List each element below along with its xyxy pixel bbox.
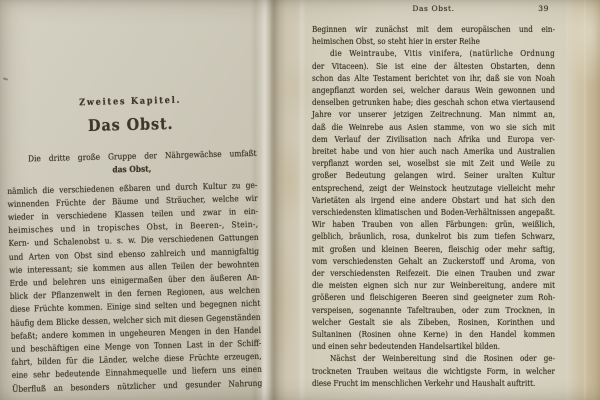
text-line: Das Obst. [5, 113, 256, 136]
text-line: verpflanzt worden sei, woselbst sie mit … [312, 158, 555, 170]
text-line: diese Frucht im menschlichen Verkehr und… [312, 378, 555, 390]
text-line: die Weintraube, Vitis vinifera, (natürli… [312, 48, 555, 60]
text-line: trockneten Trauben weitaus die wichtigst… [312, 366, 555, 378]
text-line: schon das Alte Testament berichtet von i… [312, 73, 555, 85]
text-line: Jahre vor unserer jetzigen Zeitrechnung.… [312, 109, 555, 121]
text-line: die meisten eignen sich nur zur Weinbere… [312, 280, 555, 292]
text-line: Wir haben Trauben von allen Färbungen: g… [312, 219, 555, 231]
text-line: breitet habe und von hier auch nach Amer… [312, 146, 555, 158]
text-line: mit großen und kleinen Beeren, fleischig… [312, 244, 555, 256]
left-page-text: Zweites Kapitel.Das Obst.Die dritte groß… [5, 93, 262, 396]
text-line: verschiedensten klimatischen und Boden-V… [312, 207, 555, 219]
right-page-text: Beginnen wir zunächst mit dem europäisch… [312, 24, 555, 390]
text-line: der verschiedensten Reifezeit. Die einen… [312, 268, 555, 280]
text-line: großer Bedeutung gelangen wird. Seiner u… [312, 170, 555, 182]
text-line: heimischen Obst, so steht hier in erster… [312, 36, 555, 48]
text-line: Nächst der Weinbereitung sind die Rosine… [312, 353, 555, 365]
text-line: größeren und fleischigeren Beeren sind g… [312, 292, 555, 304]
page-fore-edge [566, 0, 600, 400]
text-line: und einen sehr bedeutenden Handelsartike… [312, 341, 555, 353]
text-line: denselben getrunken habe; dies geschah s… [312, 97, 555, 109]
text-line: angepflanzt worden sei, welcher daraus W… [312, 85, 555, 97]
text-line: Beginnen wir zunächst mit dem europäisch… [312, 24, 555, 36]
text-line: Sultaninen (Rosinen ohne Kerne) in den H… [312, 329, 555, 341]
text-line: entsprechend, zeigt der Weinstock heutzu… [312, 183, 555, 195]
gutter-highlight [300, 0, 304, 400]
text-line: daß die Weinrebe aus Asien stamme, von w… [312, 122, 555, 134]
fore-edge-streak [584, 0, 586, 400]
text-line: gelblich, bräunlich, rosa, dunkelrot bis… [312, 231, 555, 243]
text-line: verspeisen, sogenannte Tafeltrauben, ode… [312, 305, 555, 317]
text-line: dem Verlauf der Zivilisation nach Afrika… [312, 134, 555, 146]
right-page-header: Das Obst. 39 [312, 4, 555, 16]
book-photo: Das Obst. 39 Zweites Kapitel.Das Obst.Di… [0, 0, 600, 400]
running-head: Das Obst. [312, 4, 555, 13]
text-line: vom verschiedensten Gehalt an Zuckerstof… [312, 256, 555, 268]
page-number: 39 [538, 4, 549, 13]
text-line: welcher Gestalt sie als Zibeben, Rosinen… [312, 317, 555, 329]
text-line: der Vitaceen). Sie ist eine der ältesten… [312, 61, 555, 73]
text-line: Varietäten als irgend eine andere Obstar… [312, 195, 555, 207]
